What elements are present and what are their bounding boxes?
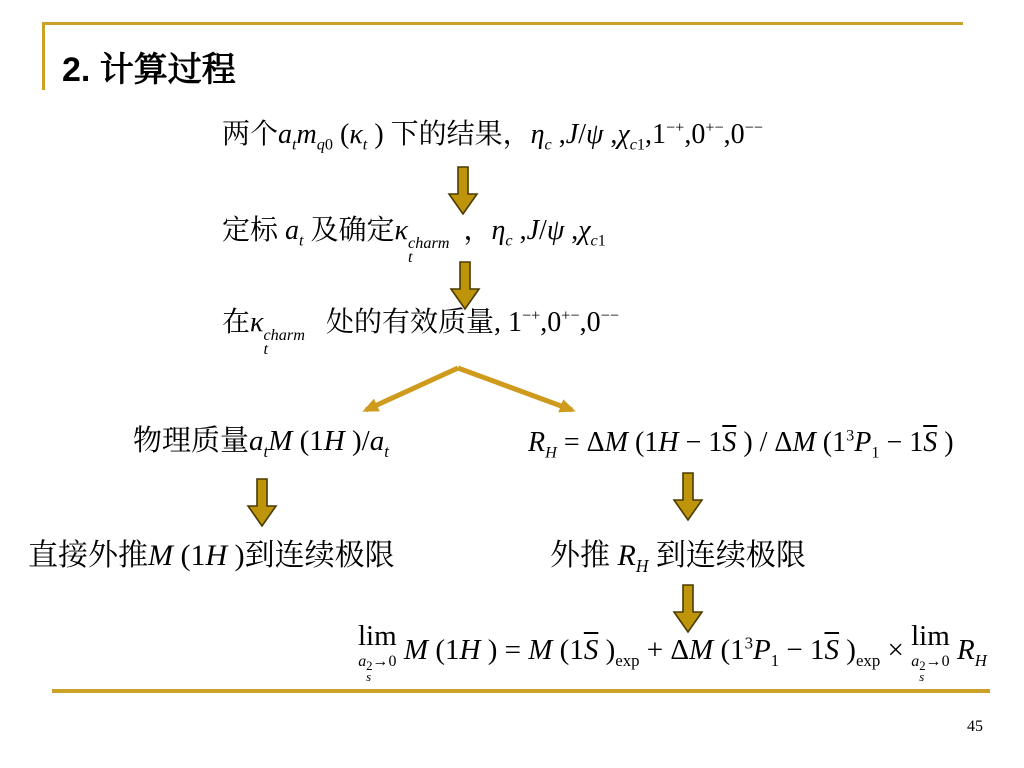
branch-physical-mass: 物理质量atM (1H )/at: [133, 422, 389, 461]
extrapolate-ratio-label: 外推 RH 到连续极限: [550, 536, 806, 577]
flow-step-results-at-two-amq: 两个atmq0 (κt ) 下的结果，ηc ,J/ψ ,χc1,1−+,0+−,…: [222, 116, 763, 154]
page-number: 45: [945, 718, 983, 736]
slide: 2. 计算过程 两个atmq0 (κt ) 下的结果，ηc ,J/ψ ,χc1,…: [0, 0, 1024, 768]
extrapolate-direct-label: 直接外推M (1H )到连续极限: [28, 536, 395, 577]
slide-title: 2. 计算过程: [62, 42, 236, 91]
title-accent-left-line: [42, 22, 45, 90]
down-arrow-icon: [445, 166, 481, 216]
branch-ratio-RH: RH = ΔM (1H − 1S ) / ΔM (13P1 − 1S ): [528, 424, 954, 462]
fork-arrows-icon: [340, 362, 600, 420]
footer-divider-line: [52, 689, 990, 693]
flow-step-effective-mass: 在κcharmt 处的有效质量, 1−+,0+−,0−−: [222, 304, 619, 357]
down-arrow-icon: [670, 470, 706, 524]
flow-step-set-scale: 定标 at 及确定κcharmt ，ηc ,J/ψ ,χc1: [222, 212, 606, 265]
down-arrow-icon: [244, 476, 280, 530]
title-accent-top-line: [42, 22, 963, 25]
final-limit-formula: lima2s→0 M (1H ) = M (1S )exp + ΔM (13P1…: [358, 622, 987, 683]
